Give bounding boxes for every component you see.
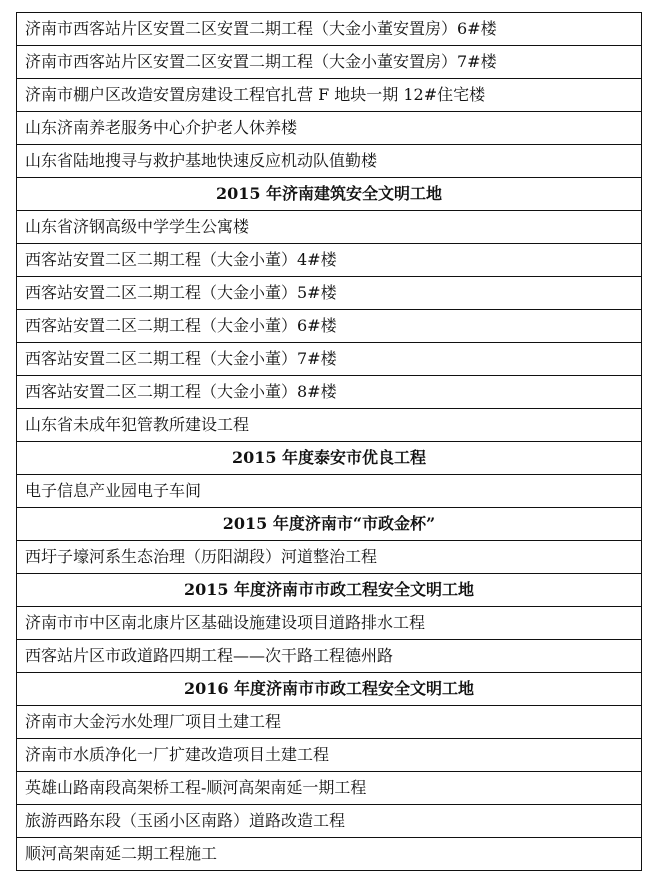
project-name: 西客站安置二区二期工程（大金小董）5#楼	[17, 277, 642, 310]
project-name: 济南市大金污水处理厂项目土建工程	[17, 706, 642, 739]
table-row: 西客站安置二区二期工程（大金小董）7#楼	[17, 343, 642, 376]
table-row: 山东省陆地搜寻与救护基地快速反应机动队值勤楼	[17, 145, 642, 178]
project-name: 济南市西客站片区安置二区安置二期工程（大金小董安置房）6#楼	[17, 13, 642, 46]
table-row: 西客站片区市政道路四期工程——次干路工程德州路	[17, 640, 642, 673]
project-name: 英雄山路南段高架桥工程-顺河高架南延一期工程	[17, 772, 642, 805]
table-row: 济南市大金污水处理厂项目土建工程	[17, 706, 642, 739]
table-body: 济南市西客站片区安置二区安置二期工程（大金小董安置房）6#楼济南市西客站片区安置…	[17, 13, 642, 871]
section-heading: 2015 年度济南市市政工程安全文明工地	[17, 574, 642, 607]
project-name: 山东省陆地搜寻与救护基地快速反应机动队值勤楼	[17, 145, 642, 178]
table-row: 济南市水质净化一厂扩建改造项目土建工程	[17, 739, 642, 772]
section-heading-row: 2015 年济南建筑安全文明工地	[17, 178, 642, 211]
project-name: 山东济南养老服务中心介护老人休养楼	[17, 112, 642, 145]
table-row: 旅游西路东段（玉函小区南路）道路改造工程	[17, 805, 642, 838]
award-projects-table: 济南市西客站片区安置二区安置二期工程（大金小董安置房）6#楼济南市西客站片区安置…	[16, 12, 642, 871]
section-heading: 2015 年度济南市“市政金杯”	[17, 508, 642, 541]
project-name: 山东省未成年犯管教所建设工程	[17, 409, 642, 442]
table-row: 济南市西客站片区安置二区安置二期工程（大金小董安置房）6#楼	[17, 13, 642, 46]
table-row: 山东济南养老服务中心介护老人休养楼	[17, 112, 642, 145]
project-name: 西圩子壕河系生态治理（历阳湖段）河道整治工程	[17, 541, 642, 574]
table-row: 西客站安置二区二期工程（大金小董）8#楼	[17, 376, 642, 409]
project-name: 济南市西客站片区安置二区安置二期工程（大金小董安置房）7#楼	[17, 46, 642, 79]
project-name: 济南市棚户区改造安置房建设工程官扎营 F 地块一期 12#住宅楼	[17, 79, 642, 112]
project-name: 西客站安置二区二期工程（大金小董）8#楼	[17, 376, 642, 409]
project-name: 西客站安置二区二期工程（大金小董）4#楼	[17, 244, 642, 277]
section-heading-row: 2015 年度泰安市优良工程	[17, 442, 642, 475]
project-name: 电子信息产业园电子车间	[17, 475, 642, 508]
table-row: 济南市市中区南北康片区基础设施建设项目道路排水工程	[17, 607, 642, 640]
section-heading-row: 2016 年度济南市市政工程安全文明工地	[17, 673, 642, 706]
project-name: 西客站安置二区二期工程（大金小董）6#楼	[17, 310, 642, 343]
section-heading: 2015 年济南建筑安全文明工地	[17, 178, 642, 211]
table-row: 顺河高架南延二期工程施工	[17, 838, 642, 871]
section-heading-row: 2015 年度济南市“市政金杯”	[17, 508, 642, 541]
section-heading: 2016 年度济南市市政工程安全文明工地	[17, 673, 642, 706]
project-name: 济南市市中区南北康片区基础设施建设项目道路排水工程	[17, 607, 642, 640]
project-name: 西客站安置二区二期工程（大金小董）7#楼	[17, 343, 642, 376]
section-heading: 2015 年度泰安市优良工程	[17, 442, 642, 475]
table-row: 山东省济钢高级中学学生公寓楼	[17, 211, 642, 244]
table-row: 西圩子壕河系生态治理（历阳湖段）河道整治工程	[17, 541, 642, 574]
table-row: 英雄山路南段高架桥工程-顺河高架南延一期工程	[17, 772, 642, 805]
table-row: 西客站安置二区二期工程（大金小董）6#楼	[17, 310, 642, 343]
project-name: 旅游西路东段（玉函小区南路）道路改造工程	[17, 805, 642, 838]
project-name: 顺河高架南延二期工程施工	[17, 838, 642, 871]
table-row: 电子信息产业园电子车间	[17, 475, 642, 508]
table-row: 济南市西客站片区安置二区安置二期工程（大金小董安置房）7#楼	[17, 46, 642, 79]
table-row: 山东省未成年犯管教所建设工程	[17, 409, 642, 442]
project-name: 山东省济钢高级中学学生公寓楼	[17, 211, 642, 244]
section-heading-row: 2015 年度济南市市政工程安全文明工地	[17, 574, 642, 607]
project-name: 济南市水质净化一厂扩建改造项目土建工程	[17, 739, 642, 772]
table-row: 西客站安置二区二期工程（大金小董）5#楼	[17, 277, 642, 310]
table-row: 西客站安置二区二期工程（大金小董）4#楼	[17, 244, 642, 277]
project-name: 西客站片区市政道路四期工程——次干路工程德州路	[17, 640, 642, 673]
table-row: 济南市棚户区改造安置房建设工程官扎营 F 地块一期 12#住宅楼	[17, 79, 642, 112]
